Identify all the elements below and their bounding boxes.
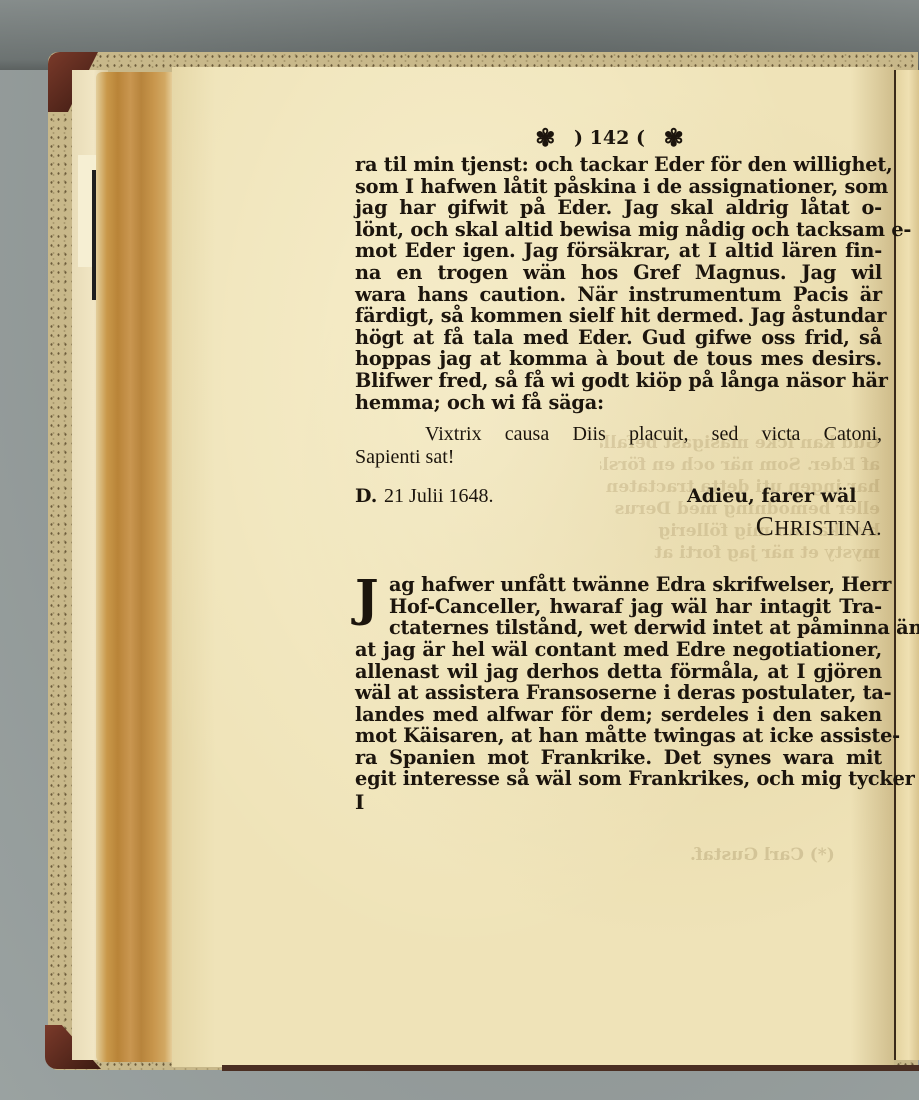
text-line: ctaternes tilstånd, wet derwid intet at … — [355, 617, 882, 639]
text-line: ag hafwer unfått twänne Edra skrifwelser… — [355, 574, 882, 596]
flower-ornament-icon: ✾ — [664, 123, 684, 152]
text-line: Blifwer fred, så få wi godt kiöp på lång… — [355, 370, 882, 392]
paragraph-2: J ag hafwer unfått twänne Edra skrifwels… — [355, 574, 882, 814]
binding-bottom-edge — [222, 1065, 919, 1071]
page-fore-edge-stack — [96, 72, 174, 1062]
text-line: wäl at assistera Fransoserne i deras pos… — [355, 682, 882, 704]
text-line: at jag är hel wäl contant med Edre negot… — [355, 639, 882, 661]
date-prefix: D. — [355, 485, 377, 507]
text-line: ra til min tjenst: och tackar Eder för d… — [355, 154, 882, 176]
text-line: som I hafwen låtit påskina i de assignat… — [355, 176, 882, 198]
text-line: högt at få tala med Eder. Gud gifwe oss … — [355, 327, 882, 349]
header-bracket-right: ( — [636, 127, 645, 149]
text-line: hoppas jag at komma à bout de tous mes d… — [355, 348, 882, 370]
page-number: 142 — [590, 127, 630, 149]
text-line: na en trogen wän hos Gref Magnus. Jag wi… — [355, 262, 882, 284]
signature: CHRISTINA. — [756, 511, 882, 542]
text-line: wara hans caution. När instrumentum Paci… — [355, 284, 882, 306]
page-text-block: ✾ ) 142 ( ✾ ra til min tjenst: och tacka… — [355, 118, 882, 814]
verse-line-1: Vixtrix causa Diis placuit, sed victa Ca… — [355, 423, 882, 446]
farewell: Adieu, farer wäl — [687, 485, 856, 507]
letter-closing: D. 21 Julii 1648. Adieu, farer wäl CHRIS… — [355, 485, 882, 547]
text-line: ra Spanien mot Frankrike. Det synes wara… — [355, 747, 882, 769]
latin-verse: Vixtrix causa Diis placuit, sed victa Ca… — [355, 423, 882, 469]
text-line: landes med alfwar för dem; serdeles i de… — [355, 704, 882, 726]
bleed-through-footnote: (*) Carl Gustaf. — [690, 845, 835, 865]
date-text: 21 Julii 1648. — [384, 485, 493, 507]
letter-date: D. 21 Julii 1648. — [355, 485, 494, 508]
drop-cap: J — [355, 576, 385, 620]
text-line: mot Eder igen. Jag försäkrar, at I altid… — [355, 240, 882, 262]
text-line: jag har gifwit på Eder. Jag skal aldrig … — [355, 197, 882, 219]
text-line: färdigt, så kommen sielf hit dermed. Jag… — [355, 305, 882, 327]
text-line: mot Käisaren, at han måtte twingas at ic… — [355, 725, 882, 747]
signature-rest: HRISTINA. — [774, 516, 882, 540]
text-line: hemma; och wi få säga: — [355, 392, 882, 414]
header-bracket-left: ) — [574, 127, 583, 149]
paragraph-1: ra til min tjenst: och tackar Eder för d… — [355, 154, 882, 413]
verse-line-2: Sapienti sat! — [355, 446, 882, 469]
text-line: egit interesse så wäl som Frankrikes, oc… — [355, 768, 882, 790]
text-line: allenast wil jag derhos detta förmåla, a… — [355, 661, 882, 683]
text-line: Hof-Canceller, hwaraf jag wäl har intagi… — [355, 596, 882, 618]
flower-ornament-icon: ✾ — [535, 123, 555, 152]
catchword: I — [355, 792, 882, 814]
signature-initial: C — [756, 511, 775, 541]
page-header: ✾ ) 142 ( ✾ — [355, 118, 882, 154]
text-line: lönt, och skal altid bewisa mig nådig oc… — [355, 219, 882, 241]
